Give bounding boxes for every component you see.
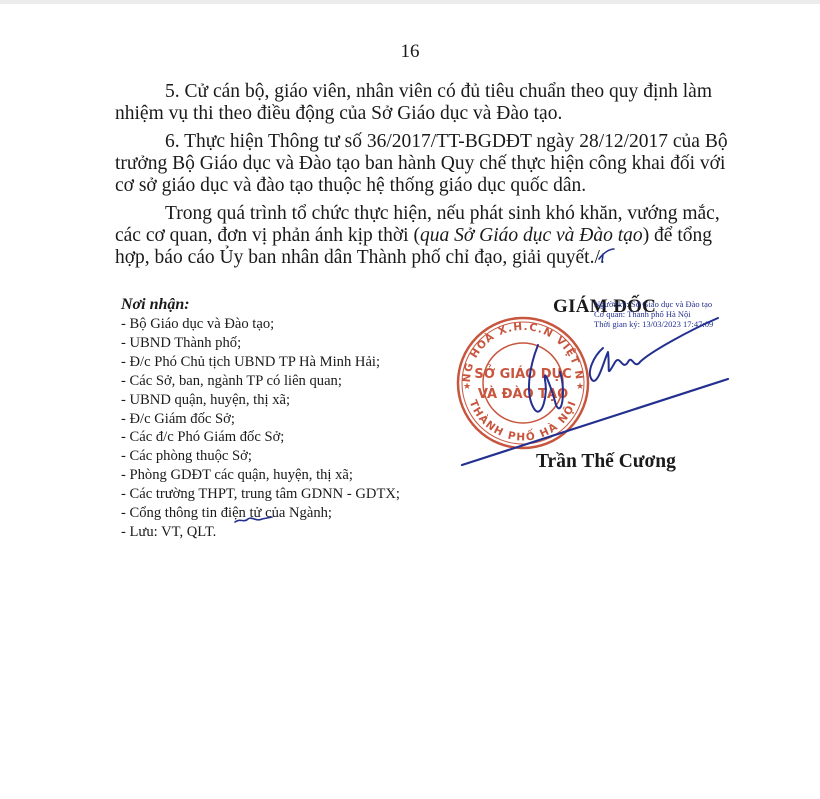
digital-signature-info: Người ký: Sở Giáo dục và Đào tạo Cơ quan… [594,300,713,329]
handwritten-signature [235,249,728,522]
svg-text:CỘNG HOÀ X.H.C.N VIỆT NAM: CỘNG HOÀ X.H.C.N VIỆT NAM [0,0,585,383]
stamp-star-left: ★ [463,382,471,392]
stamp-center-line1: SỞ GIÁO DỤC [474,365,571,382]
signature-overlay: CỘNG HOÀ X.H.C.N VIỆT NAM THÀNH PHỐ HÀ N… [0,0,820,799]
stamp-star-right: ★ [576,382,584,392]
official-stamp: CỘNG HOÀ X.H.C.N VIỆT NAM THÀNH PHỐ HÀ N… [0,0,588,448]
signer-name: Trần Thế Cương [536,451,676,473]
digital-time: Thời gian ký: 13/03/2023 17:47:09 [594,320,713,330]
stamp-top-text: CỘNG HOÀ X.H.C.N VIỆT NAM [0,0,585,383]
